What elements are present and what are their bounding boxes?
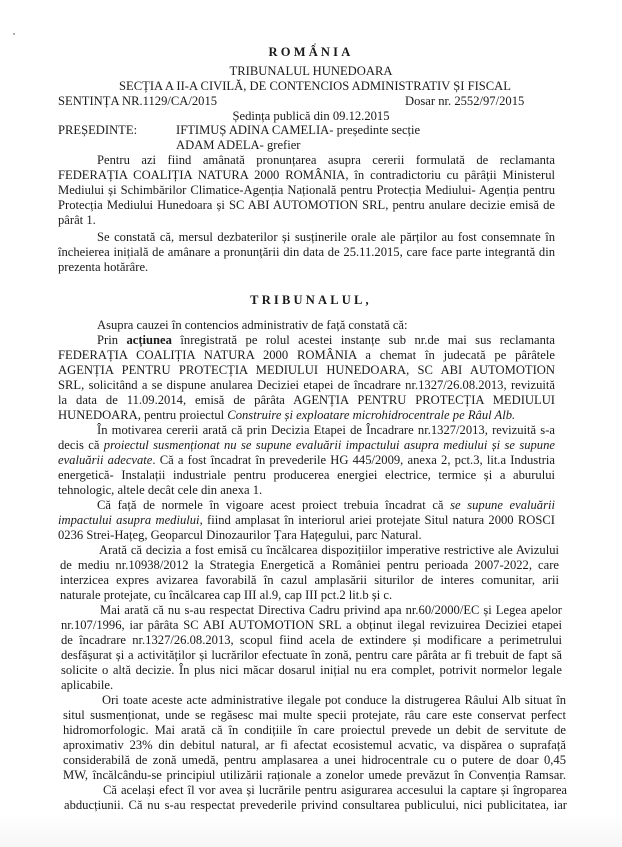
body-line: aplicabile. [61, 678, 113, 693]
italic-text: evaluării adecvate [58, 453, 152, 467]
tribunal-heading: TRIBUNALUL, [0, 293, 622, 308]
body-line: HUNEDOARA, pentru proiectul Construire ș… [58, 408, 515, 423]
text-run: HUNEDOARA, pentru proiectul [58, 408, 227, 422]
intro-line: Protecția Mediului Hunedoara și SC ABI A… [58, 198, 555, 213]
body-line: de încadrare nr.1327/26.08.2013, scopul … [61, 633, 562, 648]
body-line: Prin acțiunea înregistrată pe rolul aces… [97, 333, 555, 348]
body-line: Că față de normele în vigoare acest proi… [97, 498, 555, 513]
body-line: situl susmenționat, unde se regăsesc mai… [63, 708, 566, 723]
body-line: nr.107/1996, iar pârâta SC ABI AUTOMOTIO… [61, 618, 562, 633]
project-title: Construire și exploatare microhidrocentr… [227, 408, 515, 422]
intro-line: Mediului și Schimbărilor Climatice-Agenț… [58, 183, 555, 198]
italic-text: impactului asupra mediului [58, 513, 200, 527]
court-name: TRIBUNALUL HUNEDOARA [0, 64, 622, 79]
body-line: 0236 Strei-Hațeg, Geoparcul Dinozaurilor… [58, 528, 422, 543]
bold-text: acțiunea [126, 333, 171, 347]
body-line: AGENȚIA PENTRU PROTECȚIA MEDIULUI HUNEDO… [58, 363, 555, 378]
text-run: Că față de normele în vigoare acest proi… [97, 498, 450, 512]
text-run: Prin [97, 333, 126, 347]
body-line: impactului asupra mediului, fiind amplas… [58, 513, 555, 528]
file-number: Dosar nr. 2552/97/2015 [405, 94, 524, 109]
president-name: IFTIMUȘ ADINA CAMELIA- președinte secție [176, 123, 420, 138]
text-run: decis că [58, 438, 104, 452]
hearing-date: Ședința publică din 09.12.2015 [0, 109, 622, 124]
body-line: hidromorfologic. Mai arată că în condiți… [63, 723, 566, 738]
intro-line: FEDERAȚIA COALIȚIA NATURA 2000 ROMÂNIA, … [58, 168, 555, 183]
president-label: PREȘEDINTE: [58, 123, 137, 138]
page-bottom-shade [0, 815, 622, 847]
text-run: , fiind amplasat în interiorul ariei pro… [200, 513, 555, 527]
body-line: aproximativ 23% din debitul natural, ar … [63, 738, 566, 753]
sentence-number: SENTINȚA NR.1129/CA/2015 [58, 94, 217, 109]
text-run: . Că a fost încadrat în prevederile HG 4… [152, 453, 555, 467]
body-line: desfășurat și a activităților și lucrări… [61, 648, 562, 663]
body-line: Că același efect îl vor avea și lucrăril… [103, 783, 567, 798]
body-line: MW, încălcându-se principiul utilizării … [63, 768, 566, 783]
body-line: naturale protejate, cu încălcarea cap II… [60, 588, 392, 603]
body-line: la data de 11.09.2014, emisă de pârâta A… [58, 393, 555, 408]
body-line: abducțiunii. Că nu s-au respectat preved… [64, 798, 567, 813]
body-line: considerabilă de zonă umedă, pentru ampl… [63, 753, 566, 768]
body-line: evaluării adecvate. Că a fost încadrat î… [58, 453, 555, 468]
intro-line: încheierea inițială de amânare a pronunț… [58, 245, 555, 260]
intro-line: Pentru azi fiind amânată pronunțarea asu… [97, 153, 555, 168]
body-line: interzicea expres avizarea favorabilă în… [60, 573, 559, 588]
body-line: Arată că decizia a fost emisă cu încălca… [99, 543, 559, 558]
body-line: decis că proiectul susmenționat nu se su… [58, 438, 555, 453]
italic-text: proiectul susmenționat nu se supune eval… [104, 438, 555, 452]
clerk-name: ADAM ADELA- grefier [176, 138, 301, 153]
italic-text: se supune evaluării [450, 498, 555, 512]
intro-line: prezenta hotărâre. [58, 260, 148, 275]
body-line: tehnologic, altele decât cele din anexa … [58, 483, 262, 498]
intro-line: pârât 1. [58, 213, 96, 228]
scan-speck [13, 33, 15, 35]
body-line: În motivarea cererii arată că prin Deciz… [97, 423, 555, 438]
section-name: SECȚIA A II-A CIVILĂ, DE CONTENCIOS ADMI… [4, 79, 622, 94]
body-line: de mediu nr.10938/2012 la Strategia Ener… [60, 558, 559, 573]
body-line: solicite o altă decizie. În plus nici mă… [61, 663, 562, 678]
body-line: Mai arată că nu s-au respectat Directiva… [100, 603, 562, 618]
document-page: ROMÂNIA TRIBUNALUL HUNEDOARA SECȚIA A II… [0, 0, 622, 847]
body-line: energetică- Instalații industriale pentr… [58, 468, 555, 483]
body-line: Ori toate aceste acte administrative ile… [102, 693, 566, 708]
body-line: FEDERAȚIA COALIȚIA NATURA 2000 ROMÂNIA a… [58, 348, 555, 363]
body-lead: Asupra cauzei în contencios administrati… [97, 318, 408, 333]
intro-line: Se constată că, mersul dezbaterilor și s… [97, 230, 555, 245]
text-run: înregistrată pe rolul acestei instanțe s… [172, 333, 555, 347]
country-heading: ROMÂNIA [0, 45, 622, 60]
body-line: SRL, solicitând a se dispune anularea De… [58, 378, 555, 393]
